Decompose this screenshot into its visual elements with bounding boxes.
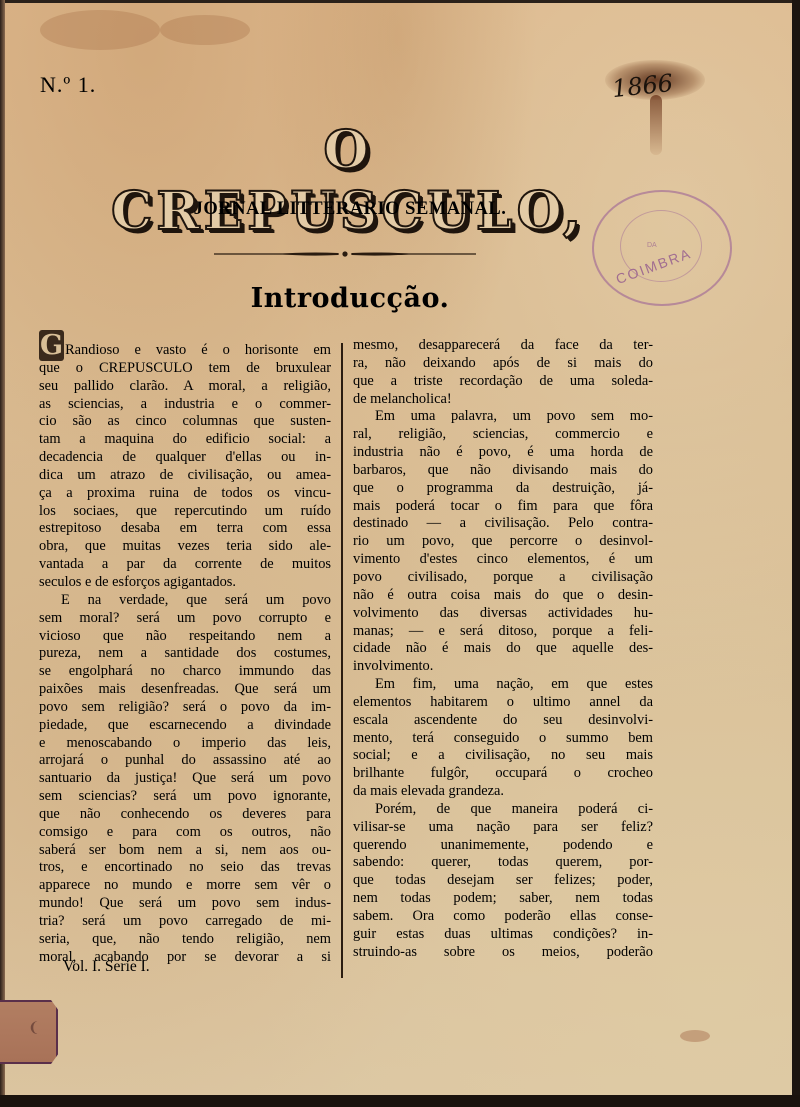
text-line: decadencia de qualquer d'ellas ou in- (39, 449, 331, 467)
text-line: ra, não deixando após de si mais do (353, 355, 653, 373)
text-line: arrojará o punhal do assassino até ao (39, 752, 331, 770)
text-line: se engolphará no charco immundo das (39, 663, 331, 681)
ornament-rule-icon (214, 251, 476, 257)
text-line: Em uma palavra, um povo sem mo- (353, 408, 653, 426)
text-line: rio um povo, que percorre o desinvol- (353, 533, 653, 551)
text-line: E na verdade, que será um povo (39, 592, 331, 610)
text-line: saberá ser bom nem a si, nem aos ou- (39, 842, 331, 860)
text-line: ral, religião, sciencias, commercio e (353, 426, 653, 444)
text-line: cidade não é mais do que aquelle des- (353, 640, 653, 658)
text-line: que todas desejam ser felizes; poder, (353, 872, 653, 890)
shelf-label-mark: ❨ (28, 1020, 40, 1037)
text-line: vantada a par da corrente de muitos (39, 556, 331, 574)
text-line: social; e a civilisação, no seu mais (353, 747, 653, 765)
text-line: industria não é povo, é uma horda de (353, 444, 653, 462)
text-line: destinado — a civilisação. Pelo contra- (353, 515, 653, 533)
text-line: que a triste recordação de uma soleda- (353, 373, 653, 391)
ink-drip (650, 95, 662, 155)
text-line: elementos habitarem o ultimo annel da (353, 694, 653, 712)
text-line: obra, que muitas vezes teria sido ale- (39, 538, 331, 556)
masthead-title: O CREPUSCULO, (108, 120, 588, 242)
issue-number: N.º 1. (40, 72, 96, 98)
text-line: tam a maquina do edificio social: a (39, 431, 331, 449)
text-line: que o CREPUSCULO tem de bruxulear (39, 360, 331, 378)
column-divider (341, 343, 343, 978)
stamp-small-text: DA (647, 242, 657, 249)
drop-cap: G (39, 330, 64, 361)
text-line: sem moral? será um povo corrupto e (39, 610, 331, 628)
article-left-column: GRandioso e vasto é o horisonte em que o… (39, 337, 331, 967)
text-line: los sociaes, que repercutindo um ruído (39, 503, 331, 521)
text-line: barbaros, que não divisando mais do (353, 462, 653, 480)
text-line: guir estas duas ultimas condições? in- (353, 926, 653, 944)
text-line: ça a proxima ruina de todos os vincu- (39, 485, 331, 503)
text-line: cio são as cinco columnas que susten- (39, 413, 331, 431)
text-line: mais poderá tocar o fim para que fôra (353, 498, 653, 516)
water-stain (40, 10, 160, 50)
text-line: vicioso que não respeitando nem a (39, 628, 331, 646)
text-line: struindo-as sobre os meios, poderão (353, 944, 653, 962)
page-left-edge (0, 0, 5, 1107)
text-line: que o programma da destruição, já- (353, 480, 653, 498)
text-line: GRandioso e vasto é o horisonte em (39, 337, 331, 360)
text-line: mundo! Que será um povo sem indus- (39, 895, 331, 913)
text-line: povo sem religião? será o povo da im- (39, 699, 331, 717)
text-line: vimento d'estes cinco elementos, é um (353, 551, 653, 569)
text-line: seculos e de esforços agigantados. (39, 574, 331, 592)
text-line: povo civilisado, porque a civilisação (353, 569, 653, 587)
text-line: comsigo e para com os outros, não (39, 824, 331, 842)
article-right-column: mesmo, desapparecerá da face da ter- ra,… (353, 337, 653, 962)
text-line: Porém, de que maneira poderá ci- (353, 801, 653, 819)
text-line: piedade, que escarnecendo a divindade (39, 717, 331, 735)
masthead-subtitle: JORNAL LITTERARIO SEMANAL. (150, 199, 550, 220)
text-line: dica um atrazo de civilisação, ou amea- (39, 467, 331, 485)
text-line: santuario da justiça! Que será um povo (39, 770, 331, 788)
text-line: de melancholica! (353, 391, 653, 409)
text-line: que não conhecendo os deveres para (39, 806, 331, 824)
text-line: estrepitoso desaba em terra com essa (39, 520, 331, 538)
text-line: seu pallido clarão. A moral, a religião, (39, 378, 331, 396)
text-line: involvimento. (353, 658, 653, 676)
spot-stain (680, 1030, 710, 1042)
text-line: nem todas podem; saber, nem todas (353, 890, 653, 908)
text-line: pureza, nem a santidade dos costumes, (39, 645, 331, 663)
text-line: sem sciencias? será um povo ignorante, (39, 788, 331, 806)
text-line: tria? será um povo carregado de mi- (39, 913, 331, 931)
text-line: sabendo: querer, todas querem, por- (353, 854, 653, 872)
water-stain (160, 15, 250, 45)
text-line: manas; — e será ditoso, porque a feli- (353, 623, 653, 641)
text-line: Em fim, uma nação, em que estes (353, 676, 653, 694)
text-line: seria, que, não tendo religião, nem (39, 931, 331, 949)
text-line: não é outra coisa mais do que o desin- (353, 587, 653, 605)
article-heading: Introducção. (200, 283, 500, 314)
volume-series-footer: Vol. I. Serie I. (63, 958, 150, 976)
text-line: apparece no mundo e morre sem vêr o (39, 877, 331, 895)
text-line: as sciencias, a industria e o commer- (39, 396, 331, 414)
text-line: vilisar-se uma nação para ser feliz? (353, 819, 653, 837)
text-line: volvimento das diversas actividades hu- (353, 605, 653, 623)
text-line: escala ascendente do seu desinvolvi- (353, 712, 653, 730)
page-right-edge (792, 0, 800, 1107)
page-bottom-edge (0, 1095, 800, 1107)
text-line: brilhante fulgôr, occupará o crocheo (353, 765, 653, 783)
text-line: tros, e encortinado no seio das trevas (39, 859, 331, 877)
text-line: e menoscabando o imperio das leis, (39, 735, 331, 753)
text-line: mesmo, desapparecerá da face da ter- (353, 337, 653, 355)
text-line: sabem. Ora como poderão ellas conse- (353, 908, 653, 926)
text-line: da mais elevada grandeza. (353, 783, 653, 801)
text-line: mento, terá conseguido o summo bem (353, 730, 653, 748)
text-line: querendo unanimemente, podendo e (353, 837, 653, 855)
text-line: paixões mais desenfreadas. Que será um (39, 681, 331, 699)
